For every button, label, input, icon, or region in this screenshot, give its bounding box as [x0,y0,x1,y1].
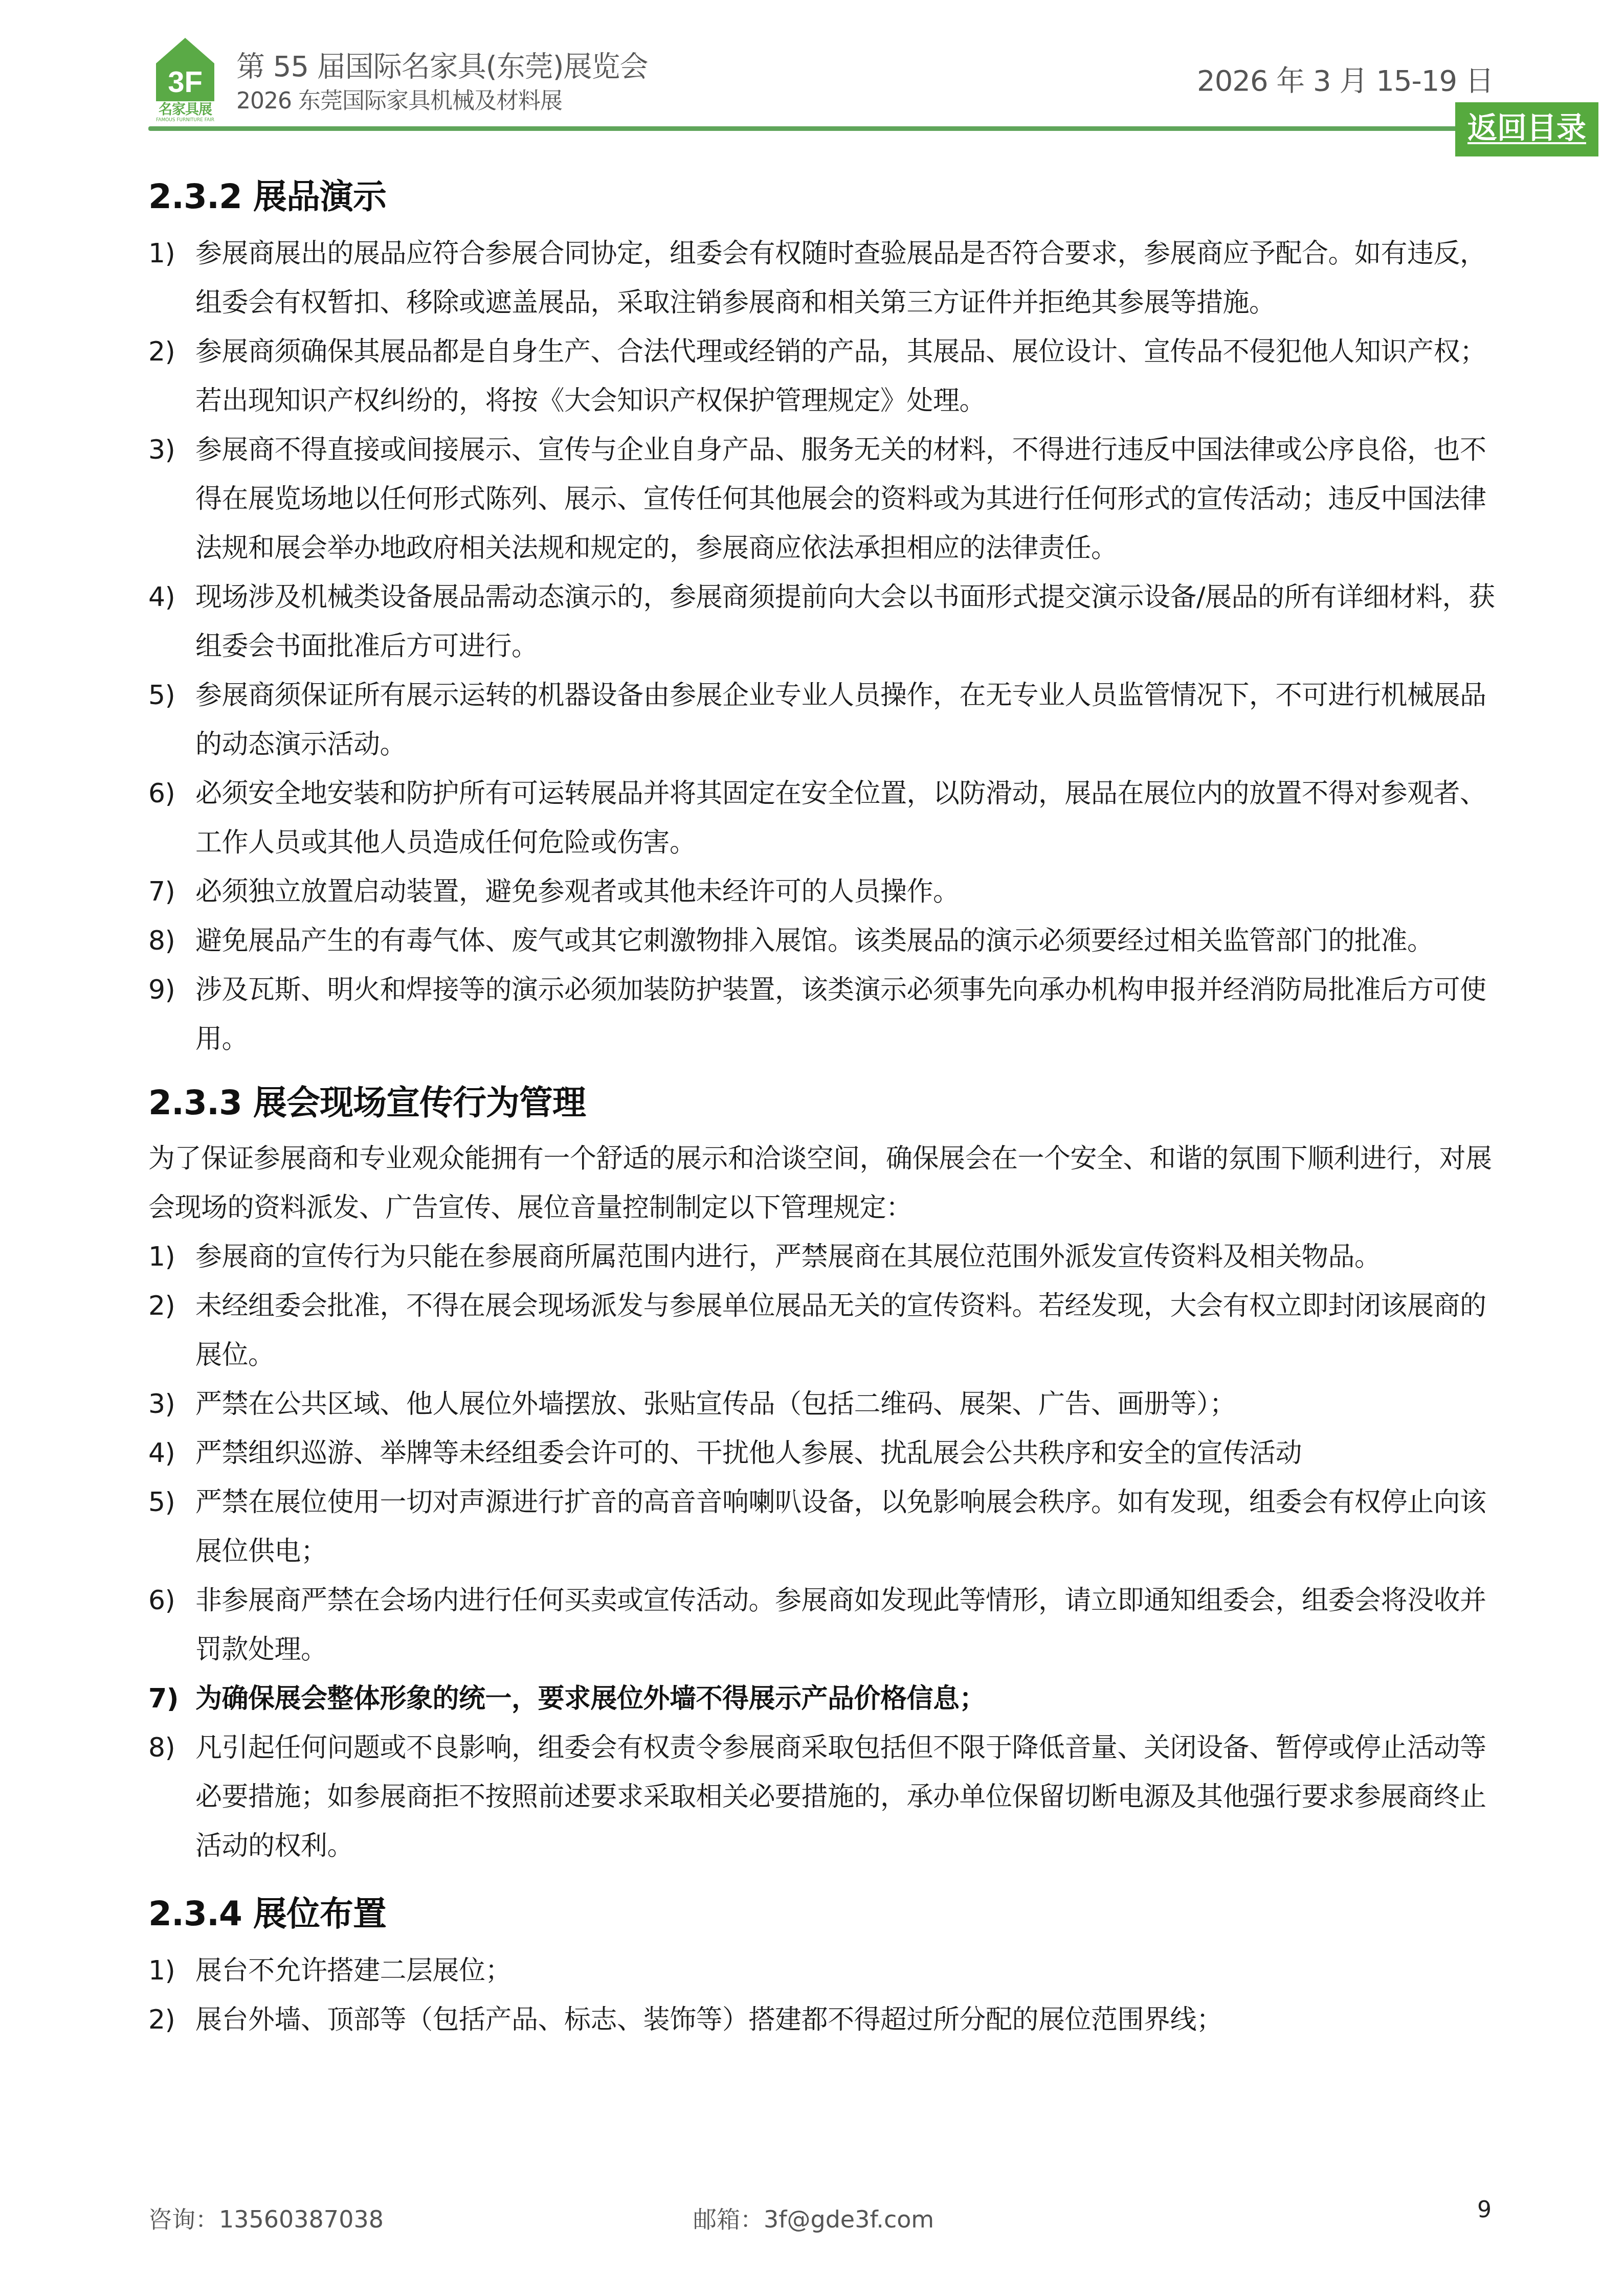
list-item-emphasized: 7)为确保展会整体形象的统一，要求展位外墙不得展示产品价格信息； [148,1674,1499,1723]
back-to-toc-button[interactable]: 返回目录 [1455,102,1598,156]
section-list-2-3-3: 1)参展商的宣传行为只能在参展商所属范围内进行，严禁展商在其展位范围外派发宣传资… [148,1232,1499,1871]
list-item: 1)参展商展出的展品应符合参展合同协定，组委会有权随时查验展品是否符合要求，参展… [148,229,1499,327]
section-list-2-3-4: 1)展台不允许搭建二层展位； 2)展台外墙、顶部等（包括产品、标志、装饰等）搭建… [148,1946,1499,2044]
section-heading-2-3-4: 2.3.4 展位布置 [148,1886,1499,1942]
list-item: 7)必须独立放置启动装置，避免参观者或其他未经许可的人员操作。 [148,867,1499,916]
item-number: 7) [148,1674,194,1723]
item-number: 8) [148,1723,194,1772]
document-body: 2.3.2 展品演示 1)参展商展出的展品应符合参展合同协定，组委会有权随时查验… [148,169,1499,2044]
section-heading-2-3-3: 2.3.3 展会现场宣传行为管理 [148,1075,1499,1131]
section-heading-2-3-2: 2.3.2 展品演示 [148,169,1499,225]
list-item: 4)现场涉及机械类设备展品需动态演示的，参展商须提前向大会以书面形式提交演示设备… [148,573,1499,671]
list-item: 2)参展商须确保其展品都是自身生产、合法代理或经销的产品，其展品、展位设计、宣传… [148,327,1499,425]
item-text: 参展商须确保其展品都是自身生产、合法代理或经销的产品，其展品、展位设计、宣传品不… [195,336,1486,416]
list-item: 1)参展商的宣传行为只能在参展商所属范围内进行，严禁展商在其展位范围外派发宣传资… [148,1232,1499,1281]
svg-text:3F: 3F [168,65,203,99]
item-number: 2) [148,1995,194,2044]
event-date: 2026 年 3 月 15-19 日 [1197,63,1494,99]
event-title: 第 55 届国际名家具(东莞)展览会 [236,49,648,85]
item-text: 参展商不得直接或间接展示、宣传与企业自身产品、服务无关的材料，不得进行违反中国法… [195,435,1486,564]
list-item: 5)参展商须保证所有展示运转的机器设备由参展企业专业人员操作，在无专业人员监管情… [148,671,1499,769]
item-number: 6) [148,1576,194,1625]
list-item: 3)参展商不得直接或间接展示、宣传与企业自身产品、服务无关的材料，不得进行违反中… [148,425,1499,573]
item-text: 展台不允许搭建二层展位； [195,1955,511,1986]
item-number: 9) [148,965,194,1015]
page-number: 9 [1477,2195,1492,2225]
list-item: 8)避免展品产生的有毒气体、废气或其它刺激物排入展馆。该类展品的演示必须要经过相… [148,916,1499,965]
item-text: 参展商展出的展品应符合参展合同协定，组委会有权随时查验展品是否符合要求，参展商应… [195,238,1486,318]
item-number: 1) [148,1946,194,1995]
item-number: 1) [148,229,194,278]
item-number: 5) [148,671,194,720]
item-text: 凡引起任何问题或不良影响，组委会有权责令参展商采取包括但不限于降低音量、关闭设备… [195,1732,1486,1861]
list-item: 2)展台外墙、顶部等（包括产品、标志、装饰等）搭建都不得超过所分配的展位范围界线… [148,1995,1499,2044]
item-number: 3) [148,1380,194,1429]
item-text: 避免展品产生的有毒气体、废气或其它刺激物排入展馆。该类展品的演示必须要经过相关监… [195,926,1434,956]
item-number: 3) [148,425,194,475]
logo-3f: 3F 名家具展 FAMOUS FURNITURE FAIR [155,37,215,119]
item-number: 2) [148,1281,194,1331]
item-text: 非参展商严禁在会场内进行任何买卖或宣传活动。参展商如发现此等情形，请立即通知组委… [195,1585,1486,1665]
item-text: 严禁在公共区域、他人展位外墙摆放、张贴宣传品（包括二维码、展架、广告、画册等）； [195,1389,1236,1420]
item-number: 8) [148,916,194,965]
list-item: 8)凡引起任何问题或不良影响，组委会有权责令参展商采取包括但不限于降低音量、关闭… [148,1723,1499,1871]
event-subtitle: 2026 东莞国际家具机械及材料展 [236,87,562,116]
item-text: 参展商须保证所有展示运转的机器设备由参展企业专业人员操作，在无专业人员监管情况下… [195,680,1486,760]
item-text: 必须安全地安装和防护所有可运转展品并将其固定在安全位置，以防滑动，展品在展位内的… [195,778,1486,858]
list-item: 2)未经组委会批准，不得在展会现场派发与参展单位展品无关的宣传资料。若经发现，大… [148,1281,1499,1380]
header-divider [148,126,1458,131]
item-text: 未经组委会批准，不得在展会现场派发与参展单位展品无关的宣传资料。若经发现，大会有… [195,1291,1486,1370]
item-text: 必须独立放置启动装置，避免参观者或其他未经许可的人员操作。 [195,876,960,907]
list-item: 6)非参展商严禁在会场内进行任何买卖或宣传活动。参展商如发现此等情形，请立即通知… [148,1576,1499,1674]
item-text: 严禁在展位使用一切对声源进行扩音的高音音响喇叭设备，以免影响展会秩序。如有发现，… [195,1487,1486,1567]
list-item: 3)严禁在公共区域、他人展位外墙摆放、张贴宣传品（包括二维码、展架、广告、画册等… [148,1380,1499,1429]
list-item: 6)必须安全地安装和防护所有可运转展品并将其固定在安全位置，以防滑动，展品在展位… [148,769,1499,867]
logo-tagline-cn: 名家具展 [155,102,215,118]
item-text: 现场涉及机械类设备展品需动态演示的，参展商须提前向大会以书面形式提交演示设备/展… [195,582,1495,662]
footer-phone: 咨询：13560387038 [148,2204,384,2235]
item-text: 为确保展会整体形象的统一，要求展位外墙不得展示产品价格信息； [195,1683,986,1714]
item-text: 展台外墙、顶部等（包括产品、标志、装饰等）搭建都不得超过所分配的展位范围界线； [195,2005,1223,2035]
item-number: 4) [148,573,194,622]
list-item: 5)严禁在展位使用一切对声源进行扩音的高音音响喇叭设备，以免影响展会秩序。如有发… [148,1478,1499,1576]
logo-tagline-en: FAMOUS FURNITURE FAIR [155,118,215,123]
item-text: 严禁组织巡游、举牌等未经组委会许可的、干扰他人参展、扰乱展会公共秩序和安全的宣传… [195,1438,1302,1469]
list-item: 4)严禁组织巡游、举牌等未经组委会许可的、干扰他人参展、扰乱展会公共秩序和安全的… [148,1429,1499,1478]
list-item: 1)展台不允许搭建二层展位； [148,1946,1499,1995]
section-intro: 为了保证参展商和专业观众能拥有一个舒适的展示和洽谈空间，确保展会在一个安全、和谐… [148,1134,1499,1232]
item-text: 涉及瓦斯、明火和焊接等的演示必须加装防护装置，该类演示必须事先向承办机构申报并经… [195,975,1486,1054]
item-number: 4) [148,1429,194,1478]
section-list-2-3-2: 1)参展商展出的展品应符合参展合同协定，组委会有权随时查验展品是否符合要求，参展… [148,229,1499,1064]
footer-email[interactable]: 邮箱：3f@gde3f.com [693,2204,934,2235]
list-item: 9)涉及瓦斯、明火和焊接等的演示必须加装防护装置，该类演示必须事先向承办机构申报… [148,965,1499,1064]
house-logo-icon: 3F [155,37,215,102]
item-number: 1) [148,1232,194,1281]
item-text: 参展商的宣传行为只能在参展商所属范围内进行，严禁展商在其展位范围外派发宣传资料及… [195,1242,1381,1272]
item-number: 7) [148,867,194,916]
item-number: 6) [148,769,194,818]
item-number: 2) [148,327,194,376]
item-number: 5) [148,1478,194,1527]
